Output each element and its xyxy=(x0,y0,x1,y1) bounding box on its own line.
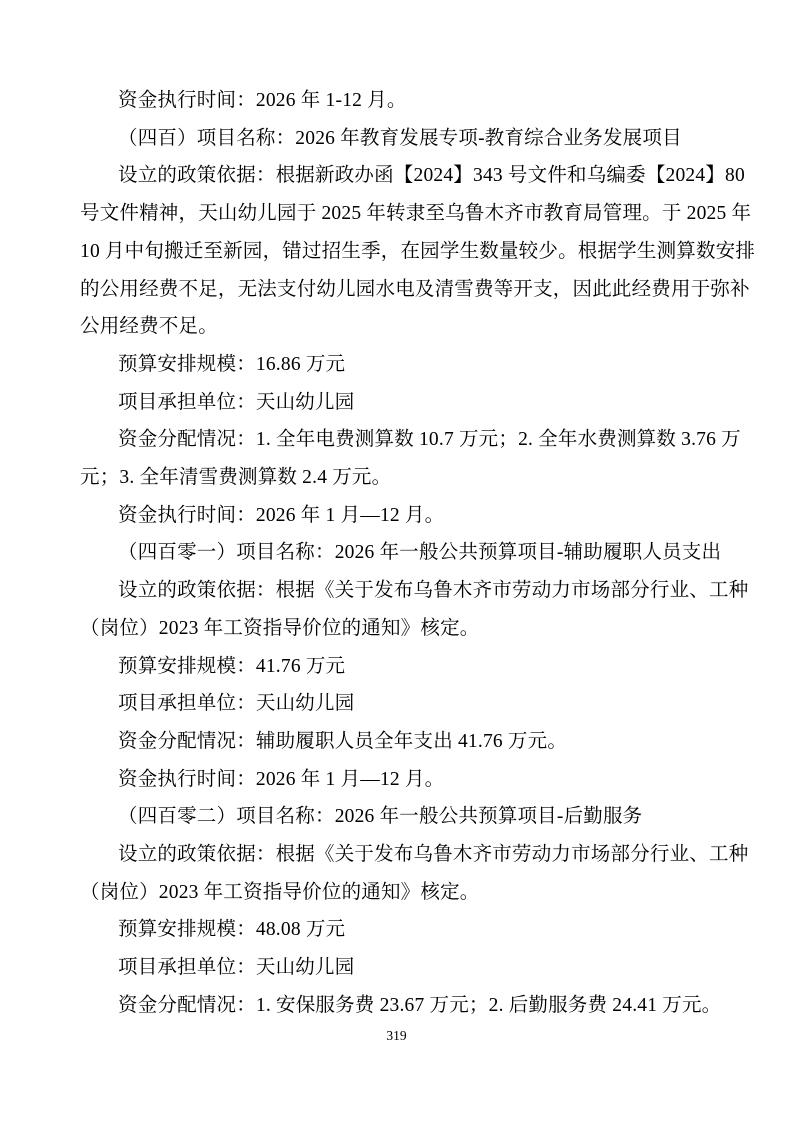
text-line: 元；3. 全年清雪费测算数 2.4 万元。 xyxy=(80,459,716,497)
text-line: 的公用经费不足，无法支付幼儿园水电及清雪费等开支，因此此经费用于弥补 xyxy=(80,271,716,309)
document-body: 资金执行时间：2026 年 1-12 月。 （四百）项目名称：2026 年教育发… xyxy=(80,82,716,1025)
text-line: 项目承担单位：天山幼儿园 xyxy=(80,949,716,987)
text-line: 预算安排规模：41.76 万元 xyxy=(80,648,716,686)
page-number: 319 xyxy=(0,1026,793,1046)
text-line: 项目承担单位：天山幼儿园 xyxy=(80,685,716,723)
text-line: 预算安排规模：16.86 万元 xyxy=(80,346,716,384)
text-line: 资金执行时间：2026 年 1 月—12 月。 xyxy=(80,761,716,799)
text-line: （岗位）2023 年工资指导价位的通知》核定。 xyxy=(80,610,716,648)
text-line: 预算安排规模：48.08 万元 xyxy=(80,911,716,949)
text-line: 项目承担单位：天山幼儿园 xyxy=(80,384,716,422)
text-line: （四百零二）项目名称：2026 年一般公共预算项目-后勤服务 xyxy=(80,798,716,836)
text-line: 设立的政策依据：根据新政办函【2024】343 号文件和乌编委【2024】80 xyxy=(80,157,716,195)
text-line: 资金分配情况：1. 全年电费测算数 10.7 万元；2. 全年水费测算数 3.7… xyxy=(80,421,716,459)
text-line: 设立的政策依据：根据《关于发布乌鲁木齐市劳动力市场部分行业、工种 xyxy=(80,836,716,874)
text-line: 设立的政策依据：根据《关于发布乌鲁木齐市劳动力市场部分行业、工种 xyxy=(80,572,716,610)
text-line: （岗位）2023 年工资指导价位的通知》核定。 xyxy=(80,874,716,912)
text-line: 10 月中旬搬迁至新园，错过招生季，在园学生数量较少。根据学生测算数安排 xyxy=(80,233,716,271)
text-line: 资金执行时间：2026 年 1-12 月。 xyxy=(80,82,716,120)
text-line: 号文件精神，天山幼儿园于 2025 年转隶至乌鲁木齐市教育局管理。于 2025 … xyxy=(80,195,716,233)
text-line: 资金分配情况：辅助履职人员全年支出 41.76 万元。 xyxy=(80,723,716,761)
document-page: 资金执行时间：2026 年 1-12 月。 （四百）项目名称：2026 年教育发… xyxy=(0,0,793,1122)
text-line: 资金执行时间：2026 年 1 月—12 月。 xyxy=(80,497,716,535)
text-line: （四百）项目名称：2026 年教育发展专项-教育综合业务发展项目 xyxy=(80,120,716,158)
text-line: 资金分配情况：1. 安保服务费 23.67 万元；2. 后勤服务费 24.41 … xyxy=(80,987,716,1025)
text-line: 公用经费不足。 xyxy=(80,308,716,346)
text-line: （四百零一）项目名称：2026 年一般公共预算项目-辅助履职人员支出 xyxy=(80,534,716,572)
